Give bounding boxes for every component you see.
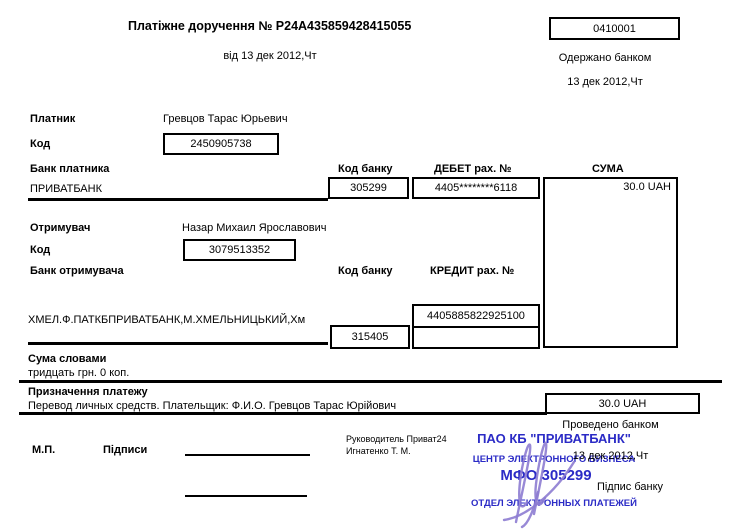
document-date: від 13 дек 2012,Чт bbox=[130, 50, 410, 63]
bank-signature-label: Підпис банку bbox=[580, 481, 680, 494]
receiver-bank-code-field: 315405 bbox=[330, 325, 410, 349]
received-by-bank-date: 13 дек 2012,Чт bbox=[540, 76, 670, 89]
sum-value: 30.0 UAH bbox=[623, 181, 671, 193]
amount-words-text: тридцать грн. 0 коп. bbox=[28, 367, 129, 380]
purpose-text: Перевод личных средств. Плательщик: Ф.И.… bbox=[28, 400, 396, 413]
manager-name: Игнатенко Т. М. bbox=[346, 446, 411, 456]
payer-bank-label: Банк платника bbox=[30, 163, 109, 176]
debit-account-value: 4405********6118 bbox=[435, 182, 517, 194]
credit-account-empty-cell bbox=[414, 328, 538, 347]
document-title: Платіжне доручення № P24A435859428415055 bbox=[128, 19, 411, 33]
receiver-name: Назар Михаил Ярославович bbox=[182, 222, 326, 235]
sum-label: СУМА bbox=[592, 163, 624, 176]
signatures-label: Підписи bbox=[103, 444, 147, 457]
form-code-value: 0410001 bbox=[593, 23, 636, 35]
signature-line-2 bbox=[185, 495, 307, 497]
receiver-code-field: 3079513352 bbox=[183, 239, 296, 261]
purpose-amount-value: 30.0 UAH bbox=[599, 398, 647, 410]
credit-account-value: 4405885822925100 bbox=[427, 310, 525, 322]
sum-field: 30.0 UAH bbox=[543, 177, 678, 348]
amount-words-label: Сума словами bbox=[28, 353, 106, 366]
payer-code-field: 2450905738 bbox=[163, 133, 279, 155]
processed-by-bank-label: Проведено банком bbox=[543, 419, 678, 432]
form-code-field: 0410001 bbox=[549, 17, 680, 40]
payer-bank-underline bbox=[28, 198, 328, 201]
amount-words-divider bbox=[19, 380, 722, 383]
payer-bank-code-field: 305299 bbox=[328, 177, 409, 199]
bank-signature-scribble bbox=[486, 434, 586, 529]
received-by-bank-label: Одержано банком bbox=[540, 52, 670, 65]
payer-bank-code-value: 305299 bbox=[350, 182, 387, 194]
receiver-bank-code-label: Код банку bbox=[338, 265, 393, 278]
purpose-amount-field: 30.0 UAH bbox=[545, 393, 700, 414]
receiver-bank-code-value: 315405 bbox=[352, 331, 389, 343]
payer-bank-name: ПРИВАТБАНК bbox=[30, 183, 102, 196]
purpose-label: Призначення платежу bbox=[28, 386, 148, 399]
receiver-bank-label: Банк отримувача bbox=[30, 265, 124, 278]
payer-label: Платник bbox=[30, 113, 75, 126]
receiver-code-value: 3079513352 bbox=[209, 244, 270, 256]
purpose-divider bbox=[19, 412, 547, 415]
credit-account-label: КРЕДИТ рах. № bbox=[430, 265, 514, 278]
payer-bank-code-label: Код банку bbox=[338, 163, 393, 176]
receiver-bank-name: ХМЕЛ.Ф.ПАТКБПРИВАТБАНК,М.ХМЕЛЬНИЦЬКИЙ,Хм bbox=[28, 314, 305, 327]
receiver-bank-underline bbox=[28, 342, 328, 345]
credit-account-value-cell: 4405885822925100 bbox=[414, 306, 538, 328]
payer-name: Гревцов Тарас Юрьевич bbox=[163, 113, 288, 126]
manager-title: Руководитель Приват24 bbox=[346, 434, 447, 444]
payment-order-document: Платіжне доручення № P24A435859428415055… bbox=[0, 0, 739, 530]
signature-line-1 bbox=[185, 454, 310, 456]
mp-label: М.П. bbox=[32, 444, 55, 457]
debit-account-label: ДЕБЕТ рах. № bbox=[434, 163, 512, 176]
debit-account-field: 4405********6118 bbox=[412, 177, 540, 199]
receiver-label: Отримувач bbox=[30, 222, 90, 235]
processed-by-bank-date: 13 дек 2012,Чт bbox=[543, 450, 678, 463]
credit-account-field: 4405885822925100 bbox=[412, 304, 540, 349]
payer-code-value: 2450905738 bbox=[190, 138, 251, 150]
receiver-code-label: Код bbox=[30, 244, 50, 257]
payer-code-label: Код bbox=[30, 138, 50, 151]
